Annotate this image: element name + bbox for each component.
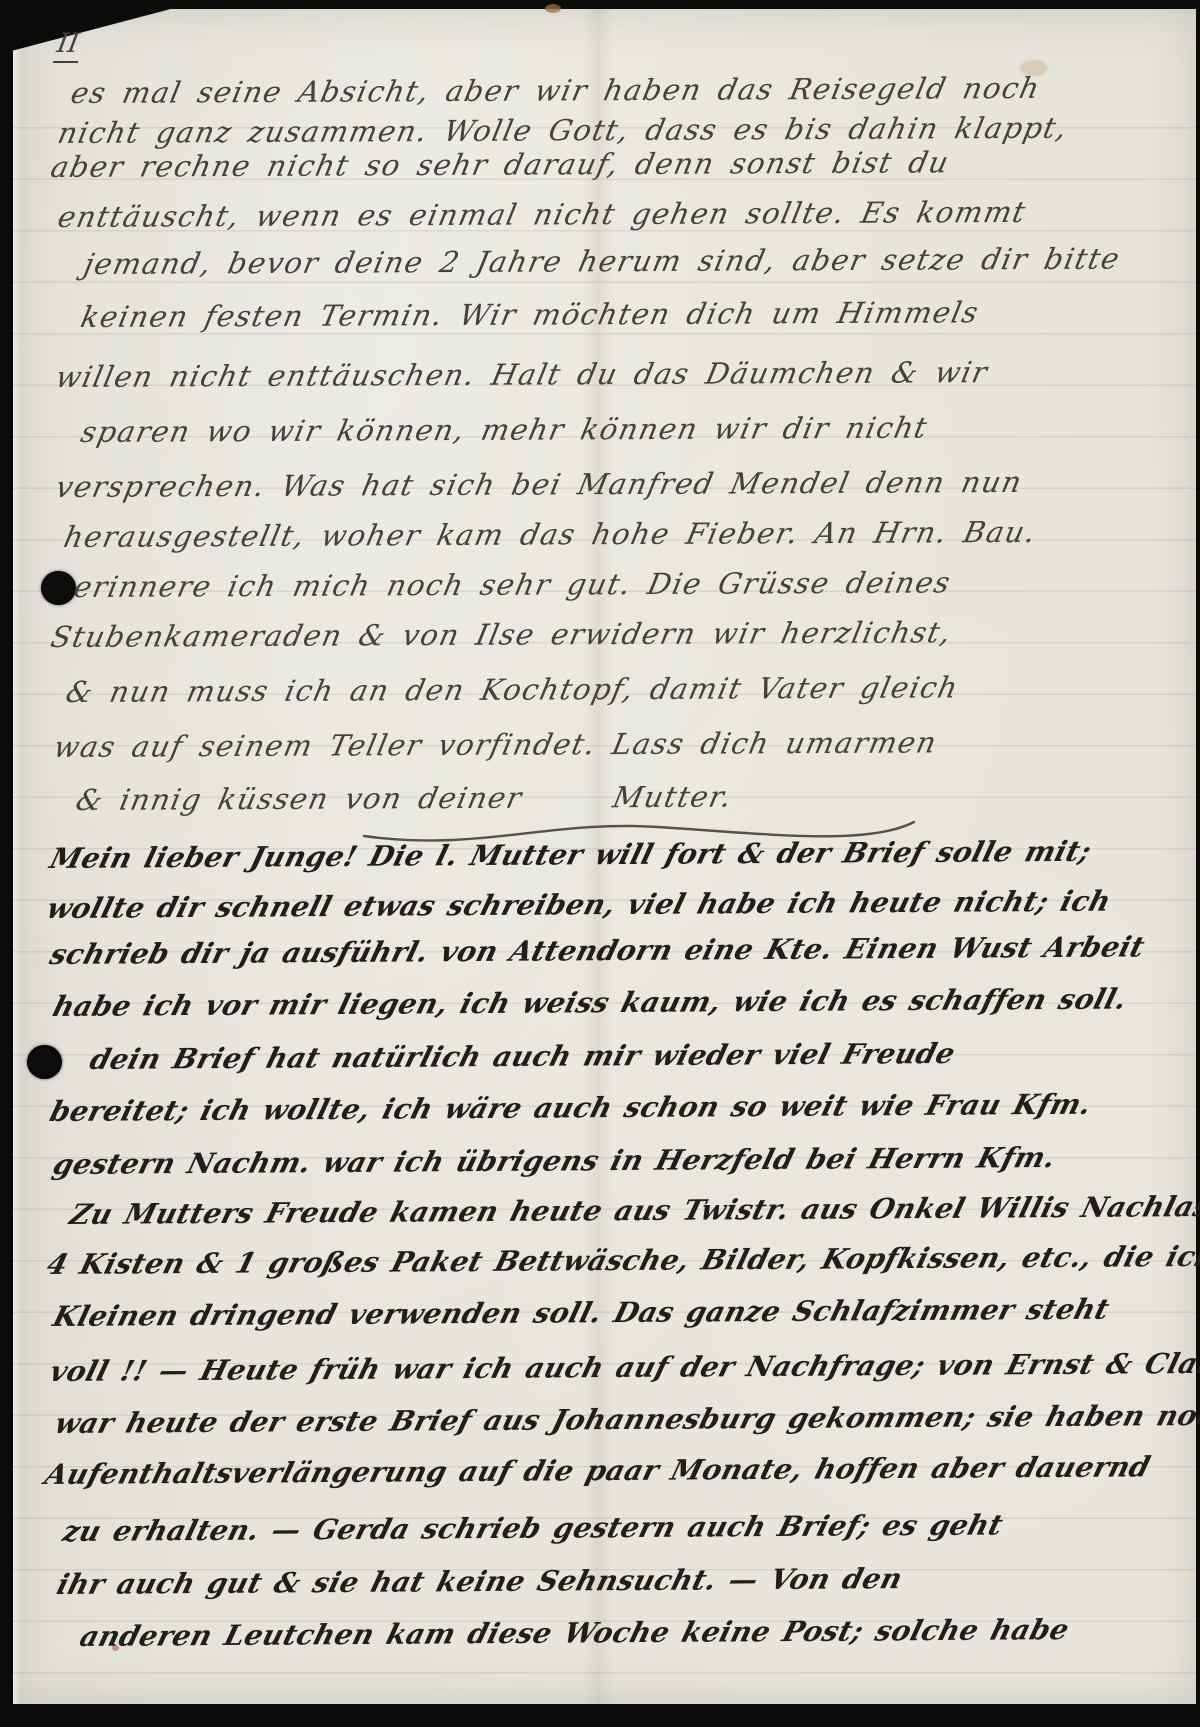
handwritten-line: nicht ganz zusammen. Wolle Gott, dass es… (55, 111, 1071, 150)
handwritten-line: Kleinen dringend verwenden soll. Das gan… (49, 1293, 1113, 1333)
letter-body: es mal seine Absicht, aber wir haben das… (0, 0, 1200, 1727)
handwritten-line: herausgestellt, woher kam das hohe Fiebe… (61, 515, 1040, 554)
handwritten-line: gestern Nachm. war ich übrigens in Herzf… (49, 1141, 1059, 1181)
handwritten-line: jemand, bevor deine 2 Jahre herum sind, … (81, 242, 1124, 281)
handwritten-line: Stubenkameraden & von Ilse erwidern wir … (48, 615, 955, 654)
handwritten-line: Zu Mutters Freude kamen heute aus Twistr… (66, 1190, 1200, 1231)
handwritten-line: & nun muss ich an den Kochtopf, damit Va… (63, 670, 962, 709)
handwritten-line: voll !! — Heute früh war ich auch auf de… (46, 1347, 1200, 1388)
handwritten-line: ihr auch gut & sie hat keine Sehnsucht. … (53, 1562, 906, 1601)
handwritten-line: bereitet; ich wollte, ich wäre auch scho… (46, 1088, 1095, 1128)
handwritten-line: aber rechne nicht so sehr darauf, denn s… (48, 145, 953, 184)
handwritten-line: erinnere ich mich noch sehr gut. Die Grü… (71, 565, 954, 604)
handwritten-line: wollte dir schnell etwas schreiben, viel… (43, 885, 1114, 925)
handwritten-line: zu erhalten. — Gerda schrieb gestern auc… (59, 1508, 1006, 1548)
handwritten-line: Mein lieber Junge! Die l. Mutter will fo… (46, 835, 1094, 875)
handwritten-line: Aufenthaltsverlängerung auf die paar Mon… (41, 1450, 1154, 1491)
handwritten-line: was auf seinem Teller vorfindet. Lass di… (51, 725, 940, 764)
handwritten-line: willen nicht enttäuschen. Halt du das Dä… (53, 355, 991, 394)
handwritten-line: keinen festen Termin. Wir möchten dich u… (78, 295, 982, 334)
handwritten-line: versprechen. Was hat sich bei Manfred Me… (53, 465, 1026, 504)
handwritten-line: & innig küssen von deiner Mutter. (73, 780, 736, 817)
handwritten-line: schrieb dir ja ausführl. von Attendorn e… (46, 930, 1148, 971)
handwritten-line: sparen wo wir können, mehr können wir di… (78, 411, 931, 449)
handwritten-line: enttäuscht, wenn es einmal nicht gehen s… (55, 195, 1030, 234)
handwritten-line: habe ich vor mir liegen, ich weiss kaum,… (49, 983, 1130, 1023)
handwritten-line: 4 Kisten & 1 großes Paket Bettwäsche, Bi… (43, 1239, 1200, 1281)
handwritten-line: war heute der erste Brief aus Johannesbu… (51, 1399, 1200, 1440)
handwritten-line: anderen Leutchen kam diese Woche keine P… (76, 1613, 1072, 1653)
scanned-letter-page: { "page": { "number": "II" }, "colors": … (0, 0, 1200, 1727)
handwritten-line: es mal seine Absicht, aber wir haben das… (68, 71, 1044, 110)
handwritten-line: dein Brief hat natürlich auch mir wieder… (86, 1037, 958, 1076)
